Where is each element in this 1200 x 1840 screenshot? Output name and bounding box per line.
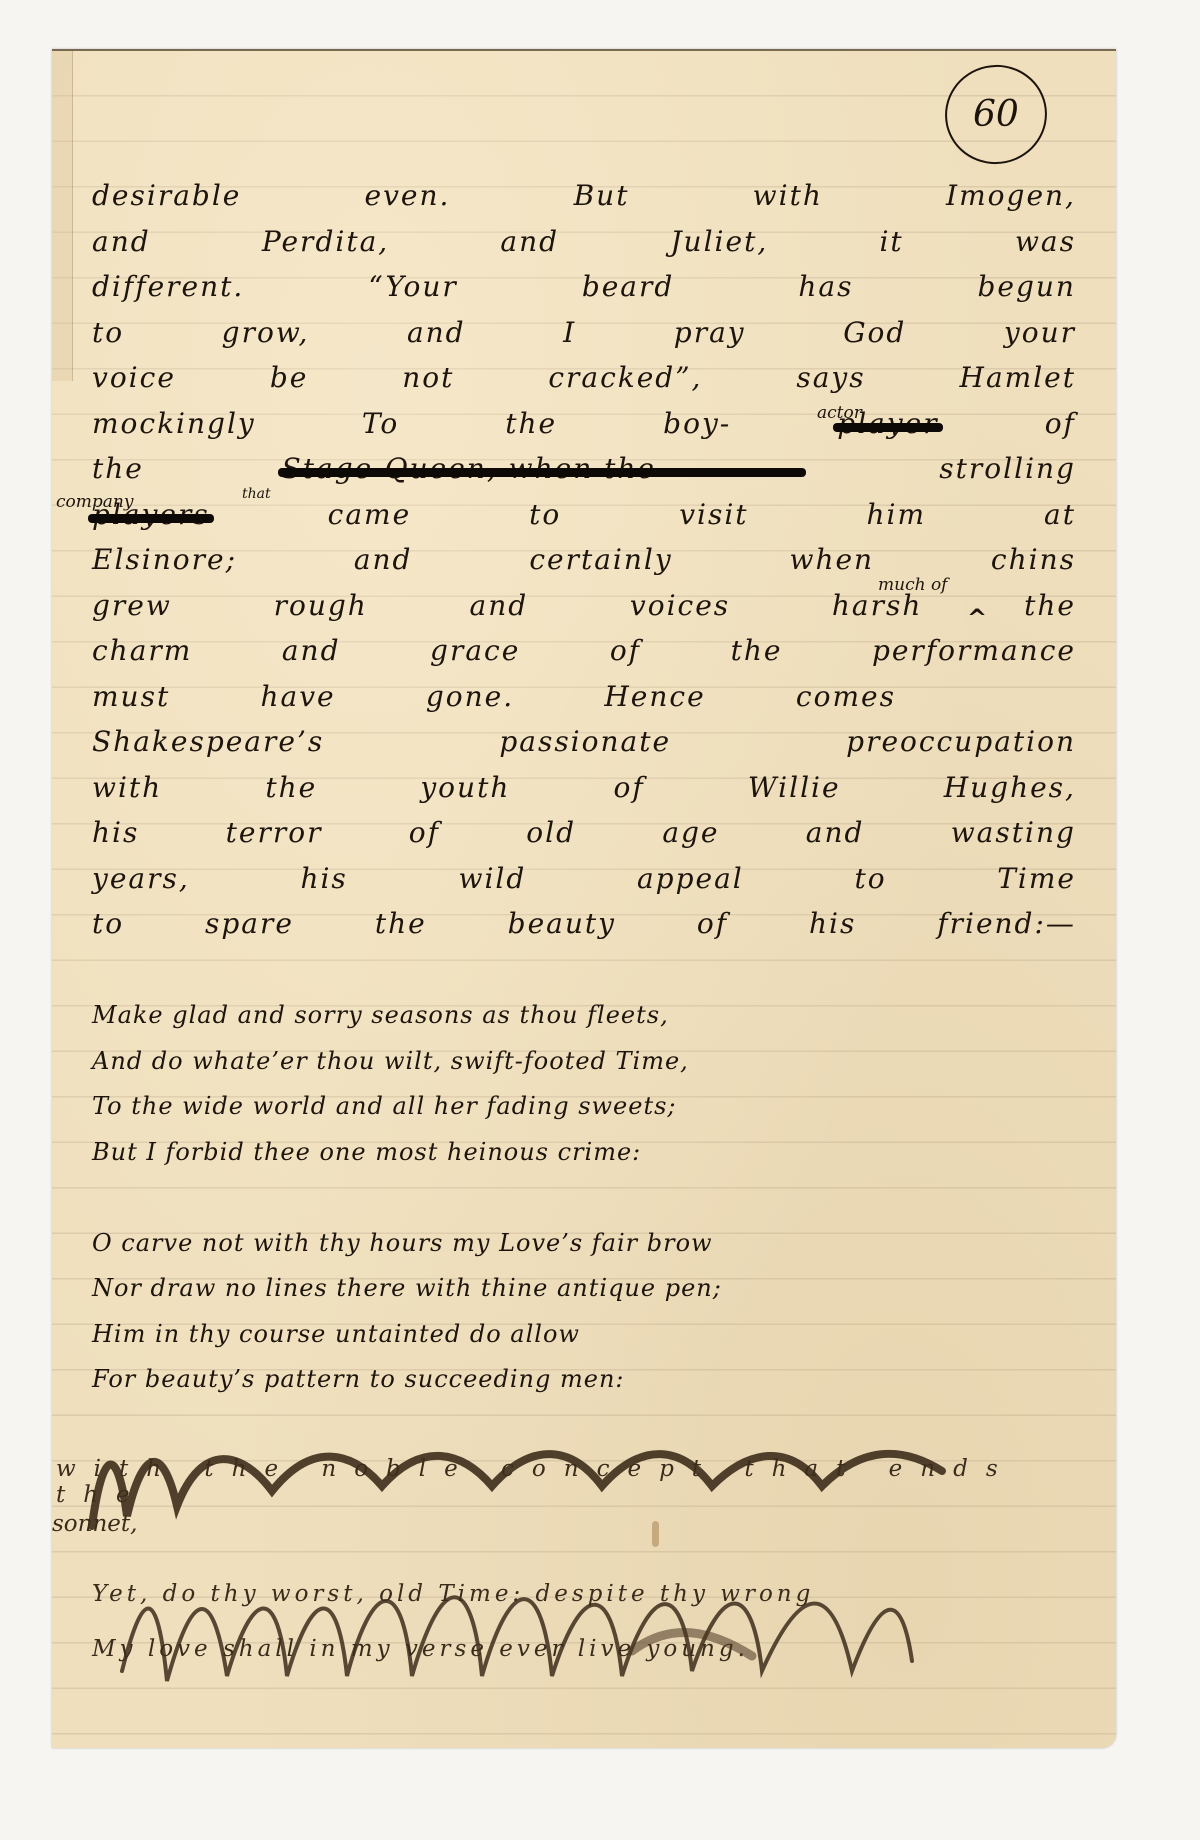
- word: voices: [630, 589, 730, 622]
- word: wasting: [951, 816, 1076, 849]
- word: I: [563, 316, 576, 349]
- word: his: [92, 816, 139, 849]
- word: not: [402, 361, 454, 394]
- cancelled-couplet-line: My love shall in my verse ever live youn…: [92, 1636, 749, 1662]
- word: spare: [205, 907, 294, 940]
- word: and: [92, 225, 151, 258]
- word: visit: [679, 498, 748, 531]
- word: harsh: [832, 589, 923, 622]
- word: and: [470, 589, 529, 622]
- word: Juliet,: [670, 225, 768, 258]
- word: be: [270, 361, 309, 394]
- prose-line: mockingly To the boy- player of: [92, 407, 1076, 440]
- word: beauty: [508, 907, 616, 940]
- word: God: [843, 316, 906, 349]
- prose-line: grew rough and voices harsh the: [92, 589, 1076, 622]
- word: of: [610, 634, 641, 667]
- prose-line: voice be not cracked”, says Hamlet: [92, 361, 1076, 394]
- word: and: [806, 816, 865, 849]
- word: his: [300, 862, 347, 895]
- word: must: [92, 680, 170, 713]
- word: old: [526, 816, 576, 849]
- prose-line: to grow, and I pray God your: [92, 316, 1076, 349]
- word: Elsinore;: [92, 543, 237, 576]
- prose-line: charm and grace of the performance: [92, 634, 1076, 667]
- prose-line: different. “Your beard has begun: [92, 270, 1076, 303]
- ink-stain: [652, 1521, 659, 1547]
- word: and: [500, 225, 559, 258]
- verse-line: Nor draw no lines there with thine antiq…: [92, 1274, 1076, 1302]
- verse-line: Him in thy course untainted do allow: [92, 1320, 1076, 1348]
- word: charm: [92, 634, 192, 667]
- word: of: [614, 771, 645, 804]
- folio-number: 60: [973, 94, 1019, 135]
- word: youth: [420, 771, 510, 804]
- word: friend:—: [937, 907, 1076, 940]
- word: to: [92, 907, 124, 940]
- word: grew: [92, 589, 172, 622]
- word: “Your: [368, 270, 457, 303]
- word: Time: [997, 862, 1076, 895]
- cancelled-couplet-line: Yet, do thy worst, old Time: despite thy…: [92, 1581, 814, 1607]
- verse-line: O carve not with thy hours my Love’s fai…: [92, 1229, 1076, 1257]
- word: says: [796, 361, 865, 394]
- word: mockingly: [92, 407, 256, 440]
- paper-fold-mark: [52, 51, 73, 381]
- word: the: [505, 407, 557, 440]
- verse-line: And do whate’er thou wilt, swift-footed …: [92, 1047, 1076, 1075]
- word: Perdita,: [262, 225, 389, 258]
- word: appeal: [637, 862, 744, 895]
- prose-line: players came to visit him at: [92, 498, 1076, 531]
- struck-phrase: Stage-Queen, when the: [282, 452, 802, 485]
- word: voice: [92, 361, 176, 394]
- prose-line: years, his wild appeal to Time: [92, 862, 1076, 895]
- word: and: [407, 316, 466, 349]
- prose-line: desirable even. But with Imogen,: [92, 179, 1076, 212]
- word: with: [92, 771, 162, 804]
- word: your: [1004, 316, 1076, 349]
- word: and: [354, 543, 413, 576]
- word: grace: [430, 634, 520, 667]
- word: when: [789, 543, 874, 576]
- word: desirable: [92, 179, 241, 212]
- word: his: [809, 907, 856, 940]
- word: the: [92, 452, 144, 485]
- cancelled-line: sonnet,: [52, 1511, 137, 1537]
- prose-line: and Perdita, and Juliet, it was: [92, 225, 1076, 258]
- word: even.: [365, 179, 451, 212]
- word: wild: [458, 862, 526, 895]
- word: was: [1015, 225, 1076, 258]
- word: To: [362, 407, 399, 440]
- prose-line: Shakespeare’s passionate preoccupation: [92, 725, 1076, 758]
- verse-line: Make glad and sorry seasons as thou flee…: [92, 1001, 1076, 1029]
- word: strolling: [939, 452, 1076, 485]
- word: of: [1045, 407, 1076, 440]
- prose-line: Elsinore; and certainly when chins: [92, 543, 1076, 576]
- verse-line: But I forbid thee one most heinous crime…: [92, 1138, 1076, 1166]
- word: cracked”,: [548, 361, 702, 394]
- verse-line: For beauty’s pattern to succeeding men:: [92, 1365, 1076, 1393]
- word: comes: [796, 680, 896, 713]
- word: at: [1044, 498, 1076, 531]
- folio-number-circle: 60: [936, 55, 1056, 173]
- cancelled-line: with the noble concept that ends the: [56, 1456, 1116, 1508]
- word: Shakespeare’s: [92, 725, 324, 758]
- word: with: [753, 179, 823, 212]
- prose-line: with the youth of Willie Hughes,: [92, 771, 1076, 804]
- word: But: [574, 179, 630, 212]
- word: Hence: [604, 680, 705, 713]
- word: him: [867, 498, 927, 531]
- prose-line: the Stage-Queen, when the strolling: [92, 452, 1076, 485]
- word: Imogen,: [946, 179, 1076, 212]
- word: gone.: [426, 680, 514, 713]
- prose-line: to spare the beauty of his friend:—: [92, 907, 1076, 940]
- word: of: [697, 907, 728, 940]
- word: certainly: [529, 543, 672, 576]
- word: it: [879, 225, 903, 258]
- word: years,: [92, 862, 190, 895]
- word: to: [854, 862, 886, 895]
- word: came: [328, 498, 412, 531]
- word: rough: [274, 589, 368, 622]
- word: Hamlet: [960, 361, 1076, 394]
- word: performance: [872, 634, 1076, 667]
- prose-line: must have gone. Hence comes: [92, 680, 896, 713]
- word: preoccupation: [846, 725, 1076, 758]
- manuscript-page: 60 desirable even. But with Imogen, and …: [52, 49, 1116, 1748]
- word: the: [265, 771, 317, 804]
- word: different.: [92, 270, 244, 303]
- word: age: [662, 816, 719, 849]
- word: has: [798, 270, 853, 303]
- word: Hughes,: [944, 771, 1076, 804]
- word: terror: [226, 816, 323, 849]
- word: the: [731, 634, 783, 667]
- struck-word: player: [837, 407, 938, 440]
- word: boy-: [663, 407, 731, 440]
- word: to: [529, 498, 561, 531]
- verse-line: To the wide world and all her fading swe…: [92, 1092, 1076, 1120]
- word: Willie: [748, 771, 841, 804]
- word: grow,: [222, 316, 310, 349]
- word: beard: [582, 270, 675, 303]
- word: of: [409, 816, 440, 849]
- word: begun: [977, 270, 1075, 303]
- struck-word: players: [92, 498, 210, 531]
- word: passionate: [499, 725, 671, 758]
- word: to: [92, 316, 124, 349]
- word: the: [375, 907, 427, 940]
- word: and: [282, 634, 341, 667]
- word: have: [260, 680, 335, 713]
- prose-line: his terror of old age and wasting: [92, 816, 1076, 849]
- word: chins: [991, 543, 1076, 576]
- word: pray: [674, 316, 746, 349]
- word: the: [1024, 589, 1076, 622]
